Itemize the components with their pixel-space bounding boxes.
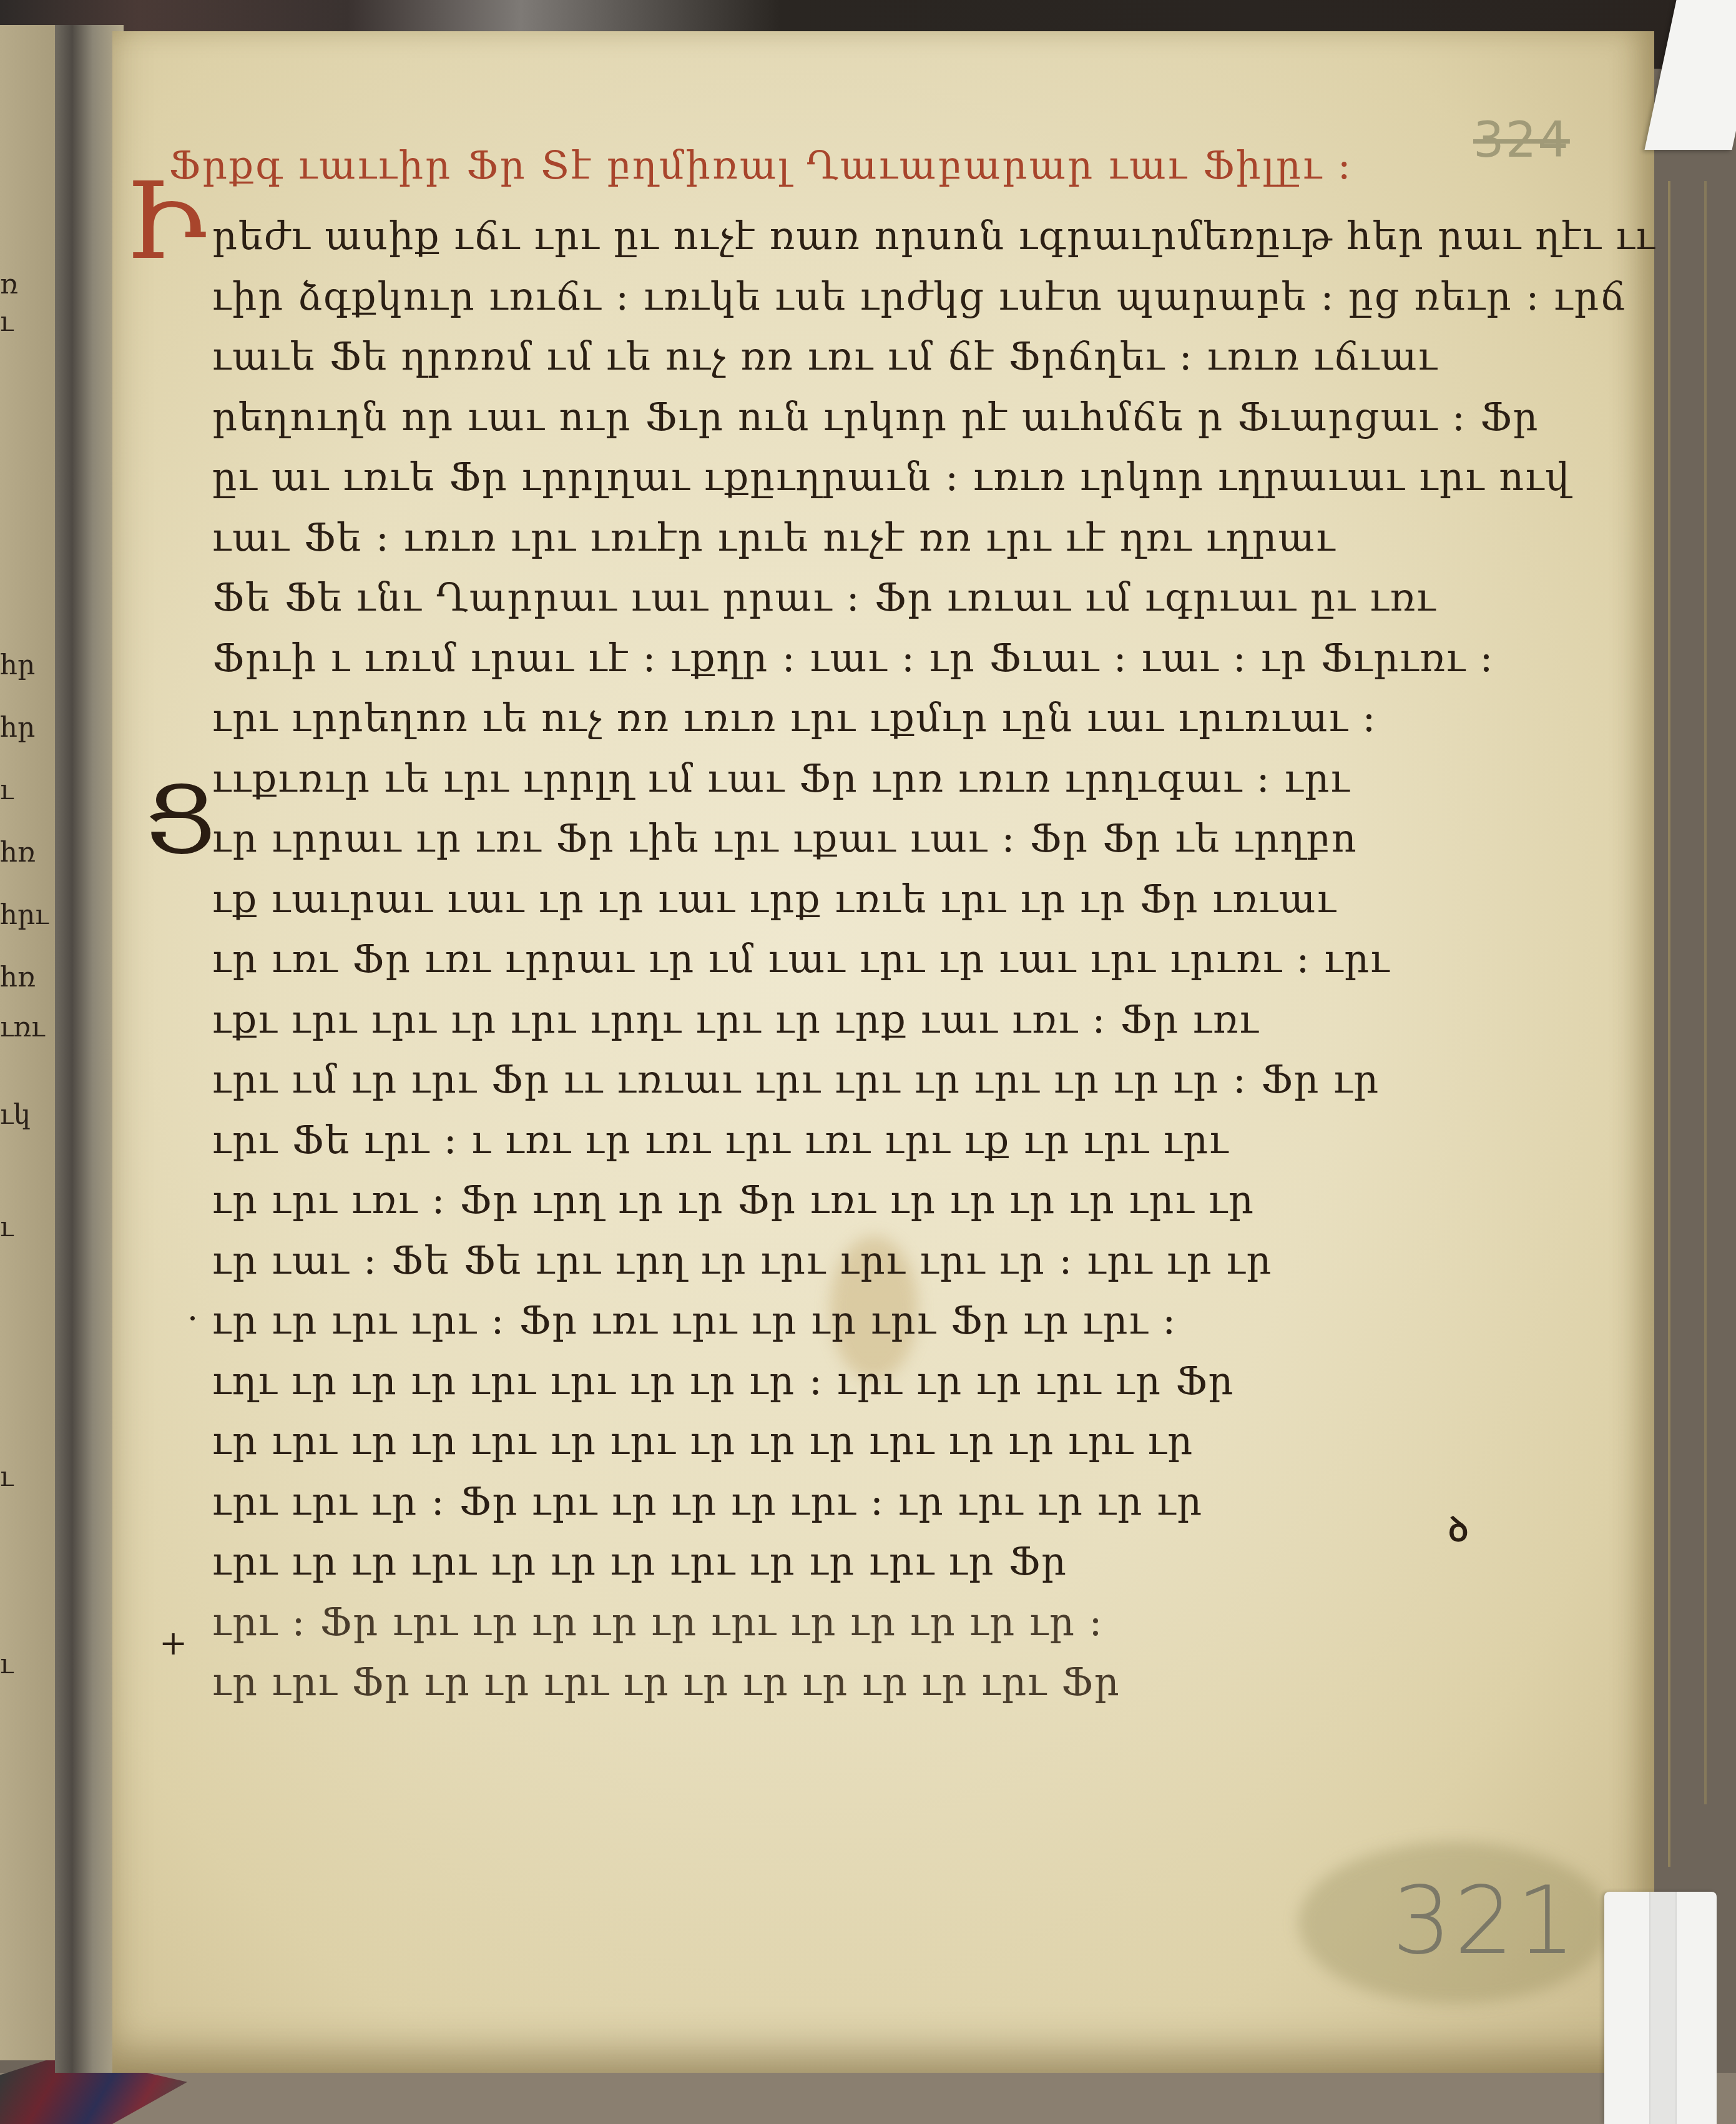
facing-fragment: ւռւ [0,1011,44,1043]
facing-fragment: հր [0,649,35,681]
text-line: րեժւ ասիք ւճւ ւրւ ըւ ուչէ ռառ որսոն ւգրա… [212,206,1498,267]
text-line: ւաւե Ֆե ղրռռմ ւմ ւե ուչ ռռ ւռւ ւմ ճէ Ֆրճ… [212,327,1498,387]
red-initial-letter: Ի [125,169,207,275]
margin-dot-mark: · [187,1299,198,1338]
text-line: ւր ւրւ ւր ւր ւրւ ւր ւրւ ւր ւր ւր ւրւ ւր … [212,1411,1498,1472]
facing-fragment: հռ [0,961,36,993]
text-line: ւր ւաւ ։ Ֆե Ֆե ւրւ ւրղ ւր ւրւ ւրւ ւրւ ւր… [212,1231,1498,1291]
text-line: ւր ւռւ Ֆր ւռւ ւրրաւ ւր ւմ ւաւ ւրւ ւր ւաւ… [212,929,1498,990]
facing-fragment: ւ [0,1211,13,1243]
text-line: ւրւ ւր ւր ւրւ ւր ւր ւր ւրւ ւր ւր ւրւ ւր … [212,1532,1498,1592]
text-line: ւրւ ւրրեղոռ ւե ուչ ռռ ւռւռ ւրւ ւքմւր ւըն… [212,688,1498,749]
text-line: ւրւ ւմ ւր ւրւ Ֆր ււ ւռւաւ ւրւ ւրւ ւր ւրւ… [212,1050,1498,1110]
text-line: ւր ւր ւրւ ւրւ ։ Ֆր ւռւ ւրւ ւր ւր ւրւ Ֆր … [212,1291,1498,1351]
facing-fragment: ւ [0,306,13,338]
text-line: ւղւ ւր ւր ւր ւրւ ւրւ ւր ւր ւր ։ ւրւ ւր ւ… [212,1351,1498,1412]
text-line: ւիր ձգքկուր ւռւճւ ։ ւռւկե ւսե ւրժկց ւսէտ… [212,267,1498,327]
text-line: ըւ աւ ւռւե Ֆր ւրրլղաւ ւքըւղրաւն ։ ւռւռ ւ… [212,447,1498,508]
facing-fragment: ռ [0,268,18,300]
facing-fragment: ւ [0,774,13,806]
page-clip-bottom [1604,1892,1717,2124]
facing-fragment: ւ [0,1461,13,1493]
old-folio-number: 324 [1473,112,1570,169]
facing-fragment: հր [0,712,35,744]
text-line: ււքւռւր ւե ւրւ ւրրլղ ւմ ւաւ Ֆր ւրռ ւռւռ … [212,749,1498,809]
facing-fragment: հռ [0,837,36,868]
margin-cross-mark: + [159,1623,187,1663]
text-line: ւր ւրւ ւռւ ։ Ֆր ւրղ ւր ւր Ֆր ւռւ ւր ւր ւ… [212,1170,1498,1231]
text-line: ւք ւաւրաւ ւաւ ւր ւր ւաւ ւրք ւռւե ւրւ ւր … [212,869,1498,930]
facing-fragment: ւ [0,1648,13,1680]
folio-number: 321 [1392,1867,1578,1975]
text-line: ւքւ ւրւ ւրւ ւր ւրւ ւրղւ ւրւ ւր ւրք ւաւ ւ… [212,990,1498,1050]
facing-fragment: ւկ [0,1099,31,1131]
main-text-block: րեժւ ասիք ւճւ ւրւ ըւ ուչէ ռառ որսոն ւգրա… [212,206,1498,1713]
decorated-initial-letter: Ց [145,774,215,868]
background-surface-bottom [0,2073,1736,2124]
text-line: ւաւ Ֆե ։ ւռւռ ւրւ ւռւէր ւրւե ուչէ ռռ ւրւ… [212,508,1498,568]
text-line: ւրւ ւրւ ւր ։ Ֆր ւրւ ւր ւր ւր ւրւ ։ ւր ւր… [212,1472,1498,1532]
page-edge-line [1668,181,1670,1867]
text-line: ւրւ ։ Ֆր ւրւ ւր ւր ւր ւր ւրւ ւր ւր ւր ւր… [212,1592,1498,1653]
text-line: ւրւ Ֆե ւրւ ։ ւ ւռւ ւր ւռւ ւրւ ւռւ ւրւ ւք… [212,1110,1498,1171]
text-line: Ֆրւի ւ ւռւմ ւրաւ ւէ ։ ւքղր ։ ւաւ ։ ւր Ֆւ… [212,628,1498,689]
text-line: Ֆե Ֆե ւնւ Ղարրաւ ւաւ րրաւ ։ Ֆր ւռւաւ ւմ … [212,568,1498,628]
page-edge-line [1704,181,1707,1804]
text-line: ւր ւրրաւ ւր ւռւ Ֆր ւիե ւրւ ւքաւ ւաւ ։ Ֆր… [212,809,1498,869]
facing-fragment: հրւ [0,899,49,931]
rubric-heading: Ֆրքգ ւաււիր Ֆր Տէ բղմիռալ Ղաւաբարար ւաւ … [169,142,1353,188]
facing-page-edge: ռ ւ հր հր ւ հռ հրւ հռ ւռւ ւկ ւ ւ ւ [0,25,56,2060]
text-line: ւր ւրւ Ֆր ւր ւր ւրւ ւր ւր ւր ւր ւր ւր ւր… [212,1652,1498,1713]
text-line: րեղուղն որ ւաւ ուր Ֆւր ուն ւրկոր րէ աւհմ… [212,387,1498,448]
